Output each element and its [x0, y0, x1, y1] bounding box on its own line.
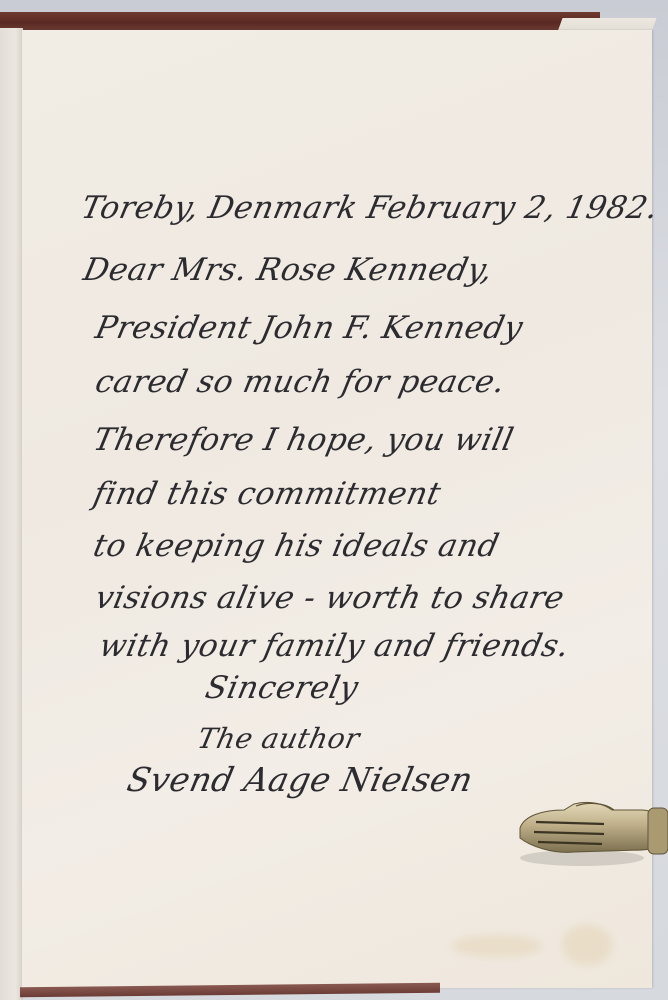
body-line: visions alive - worth to share — [92, 580, 567, 616]
place-date-line: Toreby, Denmark February 2, 1982. — [78, 190, 661, 226]
body-line: Therefore I hope, you will — [90, 422, 517, 458]
body-line: with your family and friends. — [96, 628, 573, 664]
body-line: President John F. Kennedy — [92, 310, 526, 346]
salutation-line: Dear Mrs. Rose Kennedy, — [80, 252, 496, 288]
closing-line: Sincerely — [202, 670, 362, 706]
body-line: to keeping his ideals and — [90, 528, 502, 564]
signature-line: Svend Aage Nielsen — [124, 760, 477, 799]
brass-hand-clip-icon — [512, 780, 668, 870]
body-line: cared so much for peace. — [92, 364, 508, 400]
book-left-leaf — [0, 28, 23, 1000]
attribution-line: The author — [194, 722, 362, 755]
book-cover-top-edge — [0, 12, 600, 30]
body-line: find this commitment — [90, 476, 444, 512]
